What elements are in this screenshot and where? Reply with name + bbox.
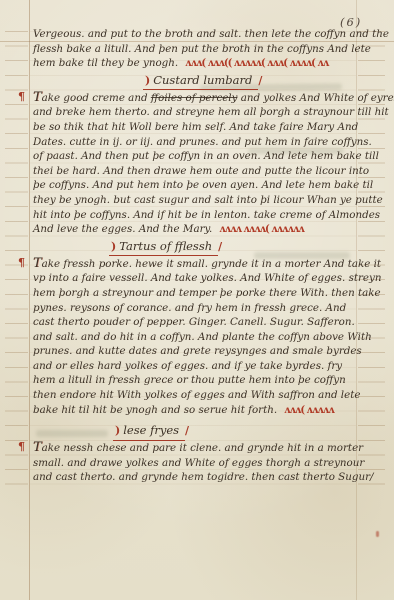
text-line: hem a litull in fressh grece or thou put… [33, 373, 355, 388]
line-text: and yolkes And White of eyres [237, 92, 394, 104]
line-filler-flourish: ʌʌʌʌ ʌʌʌʌ( ʌʌʌʌʌʌ [212, 224, 303, 235]
line-text: Dates. cutte in ij. or iij. and prunes. … [33, 136, 372, 148]
text-line: thei be hard. And then drawe hem oute an… [33, 164, 355, 179]
text-line: hem þorgh a streynour and temper þe pork… [33, 286, 355, 301]
text-line: they be ynogh. but cast sugur and salt i… [33, 193, 355, 208]
rubric-mark-right: / [258, 74, 262, 87]
line-text: be so thik that hit Woll bere him self. … [33, 121, 358, 133]
line-text: cast therto pouder of pepper. Ginger. Ca… [33, 316, 355, 328]
paraph-mark: ¶ [18, 440, 25, 455]
text-line: be so thik that hit Woll bere him self. … [33, 120, 355, 135]
rubric-mark-right: / [218, 240, 222, 253]
line-text: ake fressh porke. hewe it small. grynde … [42, 258, 381, 270]
manuscript-page: (6) Vergeous. and put to the broth and s… [0, 0, 394, 600]
text-line: hem bake til they be ynogh.ʌʌʌ( ʌʌʌ(( ʌʌ… [33, 56, 355, 71]
line-filler-flourish: ʌʌʌ( ʌʌʌʌʌ [277, 405, 334, 416]
line-text: and or elles hard yolkes of egges. and i… [33, 360, 342, 372]
initial-letter: T [33, 440, 42, 455]
text-line: pynes. reysons of corance. and fry hem i… [33, 301, 355, 316]
line-text: hem þorgh a streynour and temper þe pork… [33, 287, 381, 299]
text-line: flessh bake a litull. And þen put the br… [33, 42, 355, 57]
text-line: and or elles hard yolkes of egges. and i… [33, 359, 355, 374]
line-text: bake hit til hit be ynogh and so serue h… [33, 404, 277, 416]
text-line: of paast. And then put þe coffyn in an o… [33, 149, 355, 164]
rubric-mark-right: / [185, 424, 189, 437]
line-text: of paast. And then put þe coffyn in an o… [33, 150, 379, 162]
ruled-frame-right-line [356, 0, 357, 600]
line-text: And leve the egges. And the Mary. [33, 223, 212, 235]
line-filler-flourish: ʌʌʌ( ʌʌʌ(( ʌʌʌʌʌ( ʌʌʌ( ʌʌʌʌ( ʌʌ [178, 58, 328, 69]
recipe-paragraph-tartus-of-flessh: ¶Take fressh porke. hewe it small. grynd… [33, 257, 355, 418]
heading-underline: )Tartus of fflessh [109, 239, 218, 257]
text-line: Dates. cutte in ij. or iij. and prunes. … [33, 135, 355, 150]
heading-lese-fryes: )lese fryes/ [113, 423, 355, 439]
text-line: ¶Take good creme and ffoiles of percely … [33, 91, 355, 106]
line-text: vp into a faire vessell. And take yolkes… [33, 272, 381, 284]
initial-letter: T [33, 256, 42, 271]
line-text: and cast therto. and grynde hem togidre.… [33, 471, 373, 483]
intro-paragraph: Vergeous. and put to the broth and salt.… [33, 27, 355, 71]
line-text: pynes. reysons of corance. and fry hem i… [33, 302, 346, 314]
text-line: and breke hem therto. and streyne hem al… [33, 105, 355, 120]
text-line: small. and drawe yolkes and White of egg… [33, 456, 355, 471]
heading-tartus-of-flessh: )Tartus of fflessh/ [109, 239, 355, 255]
initial-letter: T [33, 90, 42, 105]
heading-label: lese fryes [120, 423, 182, 437]
line-text: þe coffyns. And put hem into þe oven aye… [33, 179, 373, 191]
ink-fleck [376, 531, 379, 537]
heading-label: Custard lumbard [150, 73, 255, 87]
line-text: small. and drawe yolkes and White of egg… [33, 457, 364, 469]
line-text: hem a litull in fressh grece or thou put… [33, 374, 346, 386]
line-text: prunes. and kutte dates and grete reysyn… [33, 345, 362, 357]
line-text: ake nessh chese and pare it clene. and g… [42, 442, 363, 454]
struck-text: ffoiles of percely [151, 92, 238, 104]
line-text: flessh bake a litull. And þen put the br… [33, 43, 371, 55]
text-line: And leve the egges. And the Mary.ʌʌʌʌ ʌʌ… [33, 222, 355, 237]
line-text: hem bake til they be ynogh. [33, 57, 178, 69]
text-line: ¶Take fressh porke. hewe it small. grynd… [33, 257, 355, 272]
text-line: hit into þe coffyns. And if hit be in le… [33, 208, 355, 223]
text-line: bake hit til hit be ynogh and so serue h… [33, 403, 355, 418]
line-text: then endore hit With yolkes of egges and… [33, 389, 360, 401]
heading-underline: )lese fryes [113, 423, 185, 441]
line-text: ake good creme and [42, 92, 151, 104]
heading-custard-lumbard: )Custard lumbard/ [143, 73, 355, 89]
line-text: Vergeous. and put to the broth and salt.… [33, 28, 389, 40]
text-line: cast therto pouder of pepper. Ginger. Ca… [33, 315, 355, 330]
line-text: and salt. and do hit in a coffyn. And pl… [33, 331, 372, 343]
line-text: and breke hem therto. and streyne hem al… [33, 106, 389, 118]
line-text: thei be hard. And then drawe hem oute an… [33, 165, 369, 177]
heading-underline: )Custard lumbard [143, 73, 258, 91]
line-text: they be ynogh. but cast sugur and salt i… [33, 194, 383, 206]
recipe-paragraph-lese-fryes: ¶Take nessh chese and pare it clene. and… [33, 441, 355, 485]
heading-label: Tartus of fflessh [116, 239, 215, 253]
paraph-mark: ¶ [18, 90, 25, 105]
text-line: Vergeous. and put to the broth and salt.… [33, 27, 355, 42]
ruled-frame-left-line [29, 0, 30, 600]
text-block: Vergeous. and put to the broth and salt.… [33, 27, 355, 485]
text-line: vp into a faire vessell. And take yolkes… [33, 271, 355, 286]
text-line: and cast therto. and grynde hem togidre.… [33, 470, 355, 485]
text-line: prunes. and kutte dates and grete reysyn… [33, 344, 355, 359]
text-line: þe coffyns. And put hem into þe oven aye… [33, 178, 355, 193]
text-line: and salt. and do hit in a coffyn. And pl… [33, 330, 355, 345]
text-line: ¶Take nessh chese and pare it clene. and… [33, 441, 355, 456]
recipe-paragraph-custard-lumbard: ¶Take good creme and ffoiles of percely … [33, 91, 355, 237]
text-line: then endore hit With yolkes of egges and… [33, 388, 355, 403]
paraph-mark: ¶ [18, 256, 25, 271]
line-text: hit into þe coffyns. And if hit be in le… [33, 209, 380, 221]
